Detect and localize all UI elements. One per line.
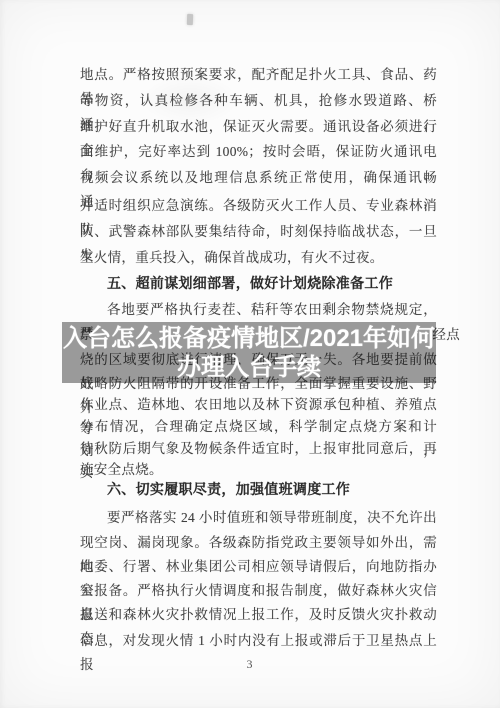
banner-title-line2: 办理入台手续: [177, 353, 321, 382]
scanned-document-page: 地点。严格按照预案要求，配齐配足扑火工具、食品、药品 等物资，认真检修各种车辆、…: [0, 0, 500, 708]
text-line: 地委、行署、林业集团公司相应领导请假后，向地防指办公: [80, 555, 437, 579]
section-heading-5: 五、超前谋划细部署，做好计划烧除准备工作: [80, 273, 464, 297]
scan-artifact-mark: [187, 14, 193, 25]
text-line: 要严格落实 24 小时值班和领导带班制度，决不允许出: [80, 506, 437, 530]
text-line: 视频会议系统以及地理信息系统正常使用，确保通讯畅通，: [80, 166, 437, 190]
text-line: 各地要严格执行麦茬、秸秆等农田剩余物禁烧规定，严: [80, 298, 437, 322]
text-line: 等物资，认真检修各种车辆、机具，抢修水毁道路、桥涵，: [80, 89, 437, 113]
text-line: 室报备。严格执行火情调度和报告制度，做好森林火灾信息: [80, 579, 437, 603]
text-line: 作业点、造林地、农田地以及林下资源承包种植、养殖点等: [80, 393, 437, 417]
text-line: 维护好直升机取水池，保证灭火需要。通讯设备必须进行全: [80, 115, 437, 139]
text-line: 队、武警森林部队要集结待命，时刻保持临战状态，一旦发: [80, 220, 437, 244]
banner-title-line1: 入台怎么报备疫情地区/2021年如何: [63, 324, 435, 353]
text-line: 面维护，完好率达到 100%；按时会晤，保证防火通讯电台、: [80, 140, 437, 164]
section-heading-6: 六、切实履职尽责，加强值班调度工作: [80, 479, 464, 503]
text-line: 并适时组织应急演练。各级防灭火工作人员、专业森林消防: [80, 194, 437, 218]
text-line: 地点。严格按照预案要求，配齐配足扑火工具、食品、药品: [80, 63, 437, 87]
text-line: 现空岗、漏岗现象。各级森防指党政主要领导如外出，需向: [80, 531, 437, 555]
text-line: 报送和森林火灾扑救情况上报工作，及时反馈火灾扑救动态: [80, 603, 437, 627]
text-line: 信息，对发现火情 1 小时内没有上报或滞后于卫星热点上报: [80, 629, 437, 653]
watermark-title-banner: 入台怎么报备疫情地区/2021年如何 办理入台手续: [62, 322, 436, 383]
text-line: 生火情，重兵投入，确保首战成功，有火不过夜。: [80, 246, 437, 270]
obscured-right-fragment: 经点: [432, 323, 460, 347]
page-number: 3: [0, 657, 500, 672]
text-line: 分布情况，合理确定点烧区域，科学制定点烧方案和计划，: [80, 415, 437, 439]
